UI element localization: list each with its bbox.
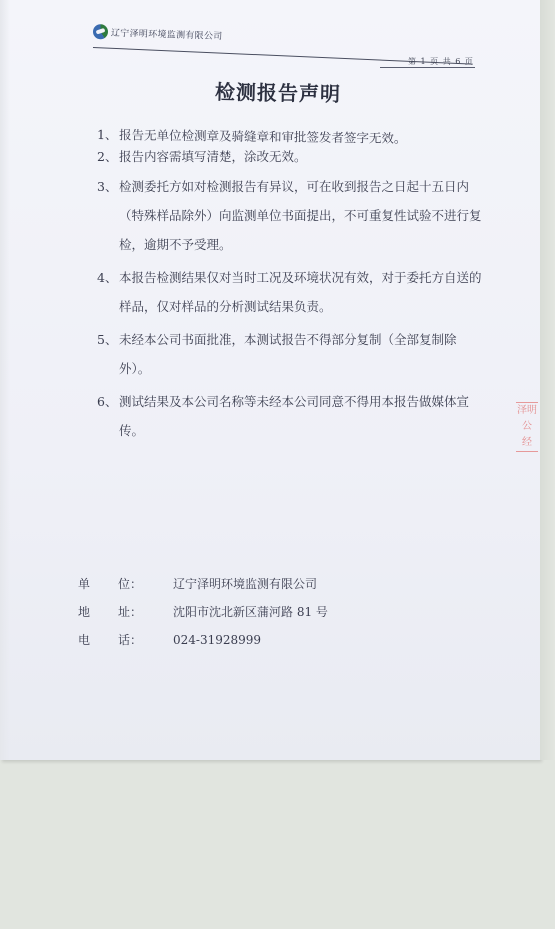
clause-number: 5、	[97, 325, 119, 383]
clause-number: 6、	[97, 387, 119, 445]
clause-text: 检测委托方如对检测报告有异议，可在收到报告之日起十五日内（特殊样品除外）向监测单…	[119, 172, 487, 259]
company-logo-icon	[93, 24, 108, 39]
seam-stamp: 泽明 公 经	[516, 402, 538, 452]
contact-unit-row: 单 位： 辽宁泽明环境监测有限公司	[78, 570, 328, 598]
contact-label: 位：	[118, 570, 142, 598]
clause-text: 未经本公司书面批准，本测试报告不得部分复制（全部复制除外）。	[119, 325, 487, 383]
clause-list: 1、 报告无单位检测章及骑缝章和审批签发者签字无效。 2、 报告内容需填写清楚，…	[97, 124, 487, 445]
contact-address-row: 地 址： 沈阳市沈北新区蒲河路 81 号	[78, 598, 328, 626]
scan-edge	[0, 0, 10, 760]
clause-text: 测试结果及本公司名称等未经本公司同意不得用本报告做媒体宣传。	[119, 387, 487, 445]
document-title: 检测报告声明	[215, 76, 341, 107]
clause-text: 报告无单位检测章及骑缝章和审批签发者签字无效。	[119, 124, 487, 150]
contact-label: 址：	[118, 598, 142, 626]
contact-block: 单 位： 辽宁泽明环境监测有限公司 地 址： 沈阳市沈北新区蒲河路 81 号 电…	[78, 570, 328, 654]
company-header: 辽宁泽明环境监测有限公司	[93, 24, 223, 43]
clause-item: 6、 测试结果及本公司名称等未经本公司同意不得用本报告做媒体宣传。	[97, 387, 487, 445]
page-shadow-edge	[540, 0, 555, 760]
contact-label: 地	[78, 598, 118, 626]
document-page: 辽宁泽明环境监测有限公司 第 1 页 共 6 页 检测报告声明 1、 报告无单位…	[0, 0, 540, 760]
page-number: 第 1 页 共 6 页	[408, 56, 474, 67]
company-header-name: 辽宁泽明环境监测有限公司	[111, 26, 223, 42]
clause-number: 2、	[97, 146, 119, 168]
clause-text: 本报告检测结果仅对当时工况及环境状况有效，对于委托方自送的样品，仅对样品的分析测…	[119, 263, 487, 321]
seam-stamp-text: 泽明 公 经	[517, 405, 537, 448]
contact-label: 单	[78, 570, 118, 598]
page-number-divider	[380, 67, 475, 68]
clause-item: 5、 未经本公司书面批准，本测试报告不得部分复制（全部复制除外）。	[97, 325, 487, 383]
contact-label: 电	[78, 626, 118, 654]
clause-number: 4、	[97, 263, 119, 321]
contact-unit-value: 辽宁泽明环境监测有限公司	[173, 570, 317, 598]
contact-phone-row: 电 话： 024-31928999	[78, 626, 328, 654]
contact-address-value: 沈阳市沈北新区蒲河路 81 号	[173, 598, 328, 626]
contact-label: 话：	[118, 626, 142, 654]
contact-phone-value: 024-31928999	[173, 626, 261, 654]
clause-number: 3、	[97, 172, 119, 259]
clause-number: 1、	[97, 124, 119, 146]
clause-item: 4、 本报告检测结果仅对当时工况及环境状况有效，对于委托方自送的样品，仅对样品的…	[97, 263, 487, 321]
clause-item: 3、 检测委托方如对检测报告有异议，可在收到报告之日起十五日内（特殊样品除外）向…	[97, 172, 487, 259]
